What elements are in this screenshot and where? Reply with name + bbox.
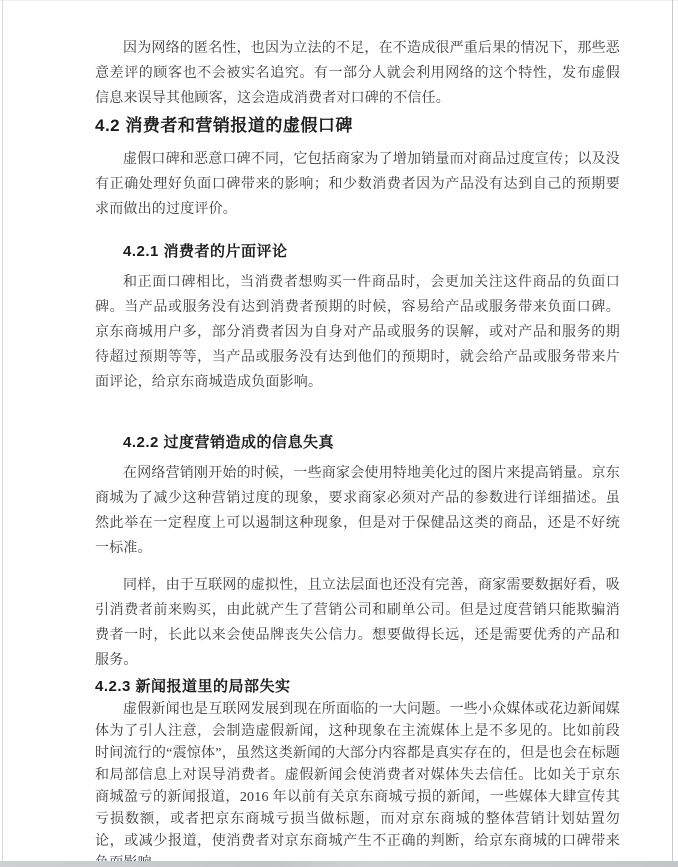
page-bottom-edge xyxy=(0,861,678,867)
subsection-heading-4-2-3: 4.2.3 新闻报道里的局部失实 xyxy=(95,675,620,699)
paragraph-overmarketing-distortion-1: 在网络营销刚开始的时候，一些商家会使用特地美化过的图片来提高销量。京东商城为了减… xyxy=(95,461,620,561)
subsection-heading-4-2-1: 4.2.1 消费者的片面评论 xyxy=(95,240,620,264)
section-heading-4-2: 4.2 消费者和营销报道的虚假口碑 xyxy=(95,113,620,139)
intro-paragraph: 因为网络的匿名性，也因为立法的不足，在不造成很严重后果的情况下，那些恶意差评的顾… xyxy=(95,36,620,111)
section-overview-paragraph: 虚假口碑和恶意口碑不同，它包括商家为了增加销量而对商品过度宣传；以及没有正确处理… xyxy=(95,147,620,222)
document-page: 因为网络的匿名性，也因为立法的不足，在不造成很严重后果的情况下，那些恶意差评的顾… xyxy=(0,0,678,867)
paragraph-overmarketing-distortion-2: 同样，由于互联网的虚拟性，且立法层面也还没有完善，商家需要数据好看，吸引消费者前… xyxy=(95,573,620,673)
paragraph-news-partial-inaccuracy: 虚假新闻也是互联网发展到现在所面临的一大问题。一些小众媒体或花边新闻媒体为了引人… xyxy=(95,699,620,867)
page-content: 因为网络的匿名性，也因为立法的不足，在不造成很严重后果的情况下，那些恶意差评的顾… xyxy=(0,0,678,867)
paragraph-consumer-one-sided-reviews: 和正面口碑相比，当消费者想购买一件商品时，会更加关注这件商品的负面口碑。当产品或… xyxy=(95,270,620,395)
subsection-heading-4-2-2: 4.2.2 过度营销造成的信息失真 xyxy=(95,431,620,455)
